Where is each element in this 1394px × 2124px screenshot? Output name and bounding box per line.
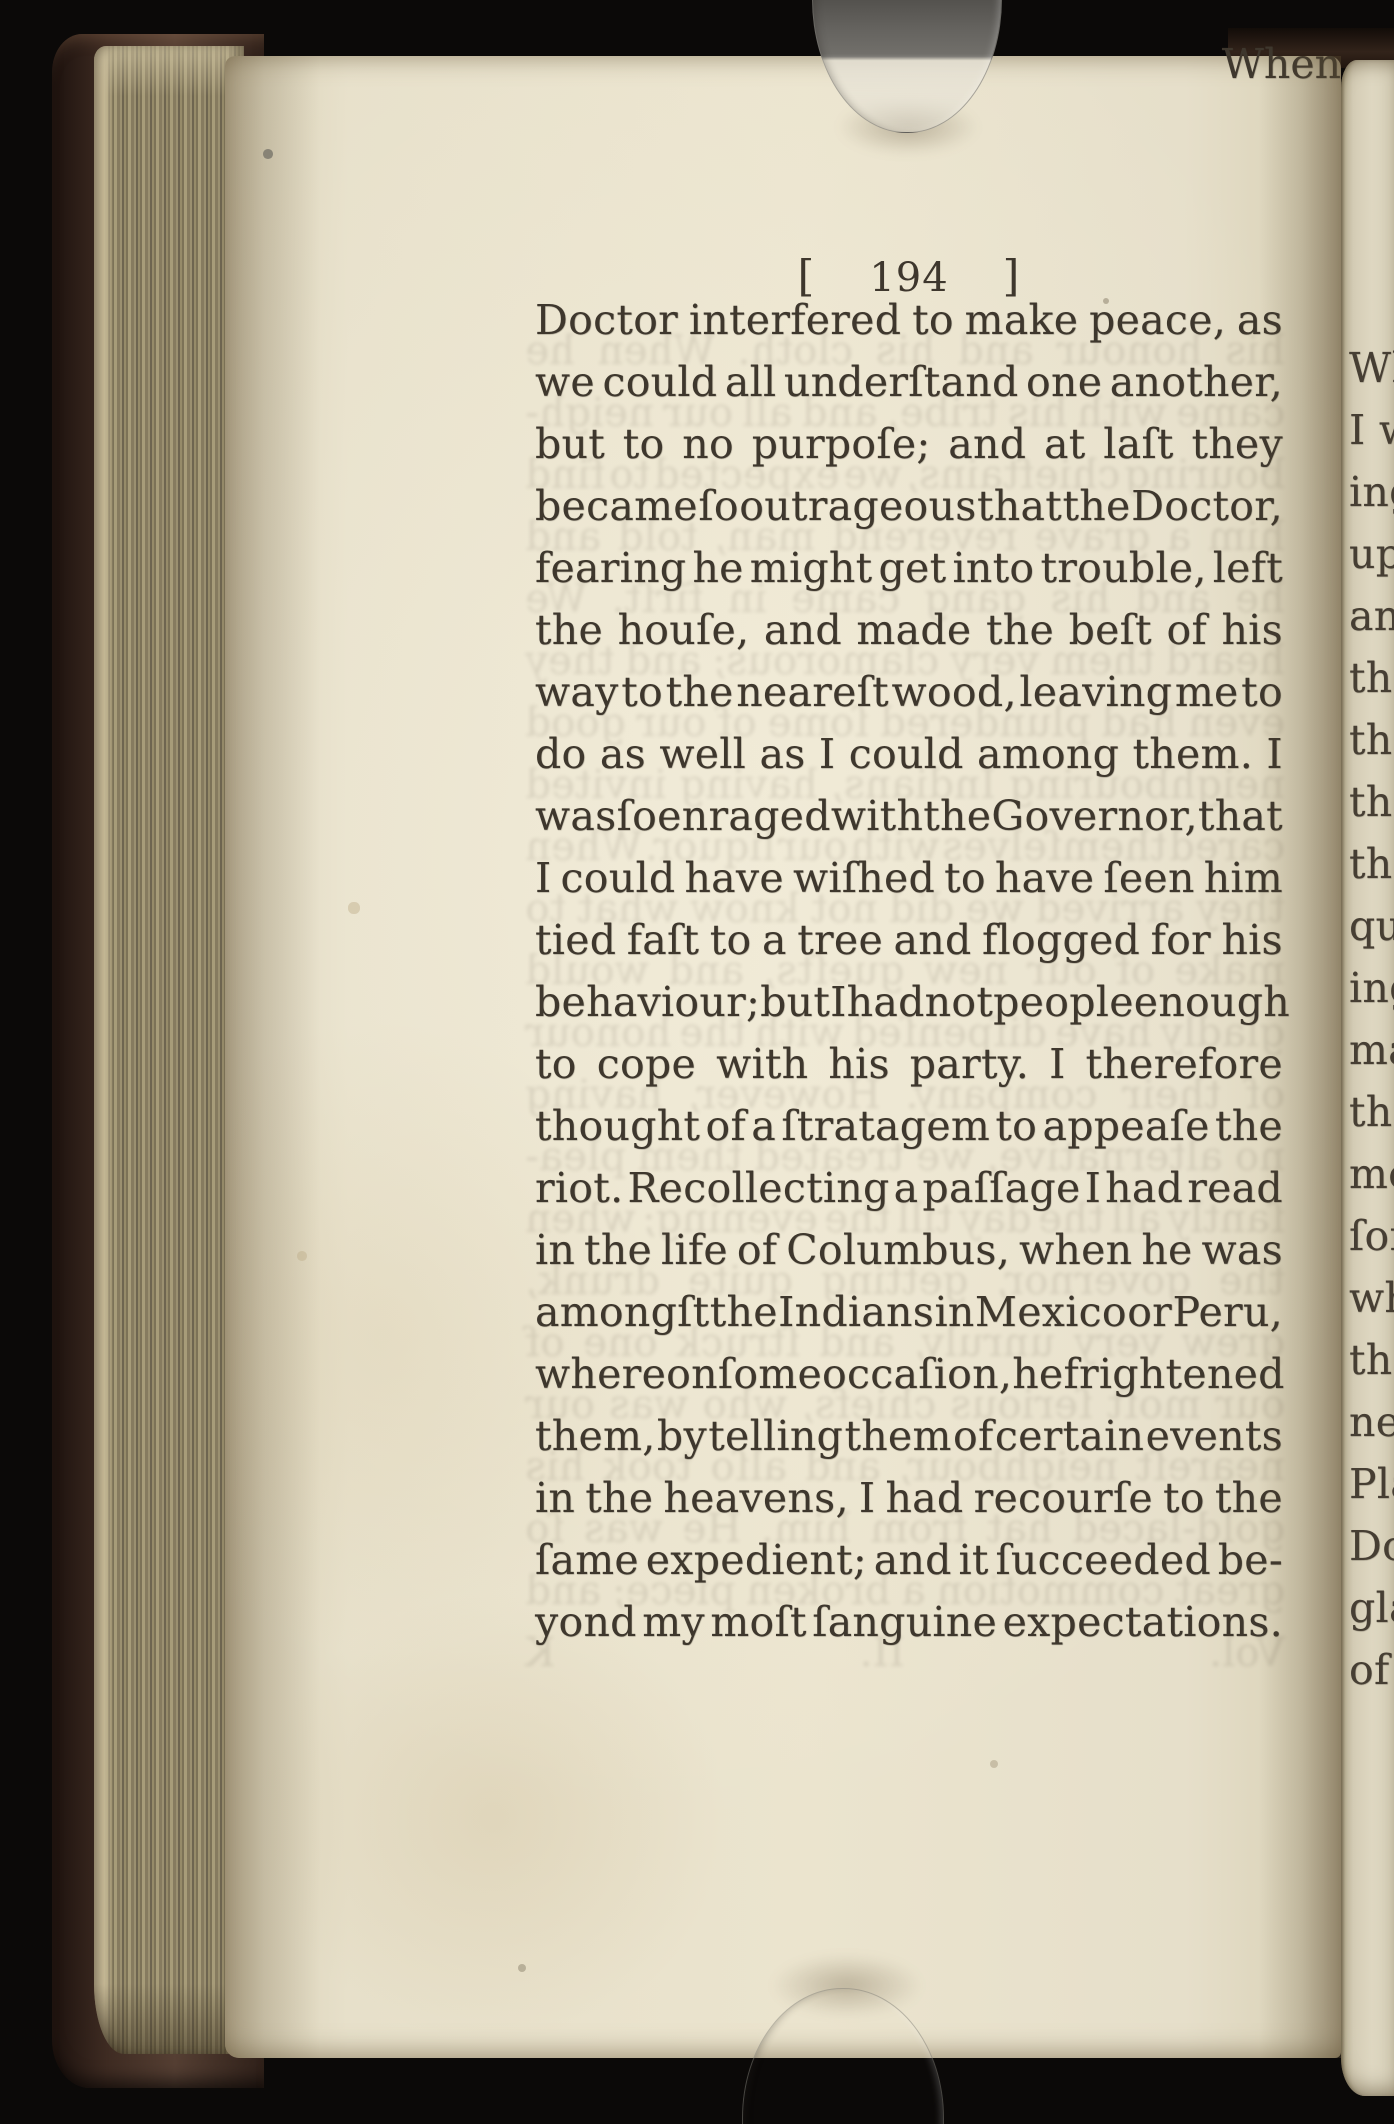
text-line: Doctorinterferedtomakepeace,as <box>535 296 1283 358</box>
text-line: waytotheneareſtwood,leavingmeto <box>535 668 1283 730</box>
next-page-fragment: When <box>1349 344 1394 406</box>
text-line: doaswellasIcouldamongthem.I <box>535 730 1283 792</box>
main-page: [ 194 ] hishonourandhiscloth.Whenhecamew… <box>225 56 1341 2058</box>
text-line: riot.RecollectingapaſſageIhadread <box>535 1164 1283 1226</box>
next-page-fragment: them <box>1349 1088 1394 1150</box>
book-photograph: { "page": { "header": { "left_bracket": … <box>0 0 1394 2124</box>
next-page-fragment: medi <box>1349 1150 1394 1212</box>
text-line: becameſooutrageousthattheDoctor, <box>535 482 1283 544</box>
text-line: buttonopurpoſe;andatlaſtthey <box>535 420 1283 482</box>
catchword: When <box>225 40 1341 102</box>
next-page-fragment: ing ho <box>1349 468 1394 530</box>
next-page-fragment: there, <box>1349 654 1394 716</box>
next-page-fragment: they <box>1349 840 1394 902</box>
page-header: [ 194 ] <box>535 252 1283 302</box>
next-page-fragment: I went <box>1349 406 1394 468</box>
text-line: Icouldhavewiſhedtohaveſeenhim <box>535 854 1283 916</box>
text-line: inthelifeofColumbus,whenhewas <box>535 1226 1283 1288</box>
next-page-fragment: Docto <box>1349 1522 1394 1584</box>
text-line: amongſttheIndiansinMexicoorPeru, <box>535 1288 1283 1350</box>
header-left-bracket: [ <box>798 252 816 302</box>
paper-specks <box>0 0 4 4</box>
text-line: yondmymoſtſanguineexpectations. <box>535 1598 1283 1660</box>
next-page-fragment: whic <box>1349 1274 1394 1336</box>
text-line: whereonſomeoccaſion,hefrightened <box>535 1350 1283 1412</box>
text-line: thoughtofaſtratagemtoappeaſethe <box>535 1102 1283 1164</box>
next-page-fragment: Plaſn <box>1349 1460 1394 1522</box>
page-text: Doctorinterferedtomakepeace,aswecouldall… <box>535 296 1283 1660</box>
text-line: thehouſe,andmadethebeſtofhis <box>535 606 1283 668</box>
next-page-fragment: glad <box>1349 1584 1394 1646</box>
next-page-fragment: of ou <box>1349 1646 1394 1708</box>
next-page-fragment: and th <box>1349 592 1394 654</box>
next-page-text: WhenI wenting houp toand ththere,them,th… <box>1349 344 1394 1708</box>
next-page-fragment: ing to <box>1349 964 1394 1026</box>
text-line: wecouldallunderſtandoneanother, <box>535 358 1283 420</box>
next-page: WhenI wenting houp toand ththere,them,th… <box>1341 60 1394 2096</box>
next-page-fragment: the <box>1349 1336 1394 1398</box>
next-page-fragment: that <box>1349 778 1394 840</box>
text-line: fearinghemightgetintotrouble,left <box>535 544 1283 606</box>
text-line: behaviour;butIhadnotpeopleenough <box>535 978 1283 1040</box>
text-line: ſameexpedient;anditſucceededbe- <box>535 1536 1283 1598</box>
next-page-fragment: up to <box>1349 530 1394 592</box>
next-page-fragment: ſome <box>1349 1212 1394 1274</box>
catchword-label: When <box>1222 40 1341 102</box>
header-right-bracket: ] <box>1003 252 1021 302</box>
text-line: tocopewithhisparty.Itherefore <box>535 1040 1283 1102</box>
text-line: wasſoenragedwiththeGovernor,that <box>535 792 1283 854</box>
next-page-fragment: neigh <box>1349 1398 1394 1460</box>
page-stack-fore-edge <box>94 46 244 2054</box>
text-line: tiedfaſttoatreeandfloggedforhis <box>535 916 1283 978</box>
text-line: intheheavens,Ihadrecourſetothe <box>535 1474 1283 1536</box>
page-number: 194 <box>869 255 948 301</box>
next-page-fragment: them, <box>1349 716 1394 778</box>
text-line: them,bytellingthemofcertainevents <box>535 1412 1283 1474</box>
next-page-fragment: make <box>1349 1026 1394 1088</box>
next-page-fragment: quietl <box>1349 902 1394 964</box>
